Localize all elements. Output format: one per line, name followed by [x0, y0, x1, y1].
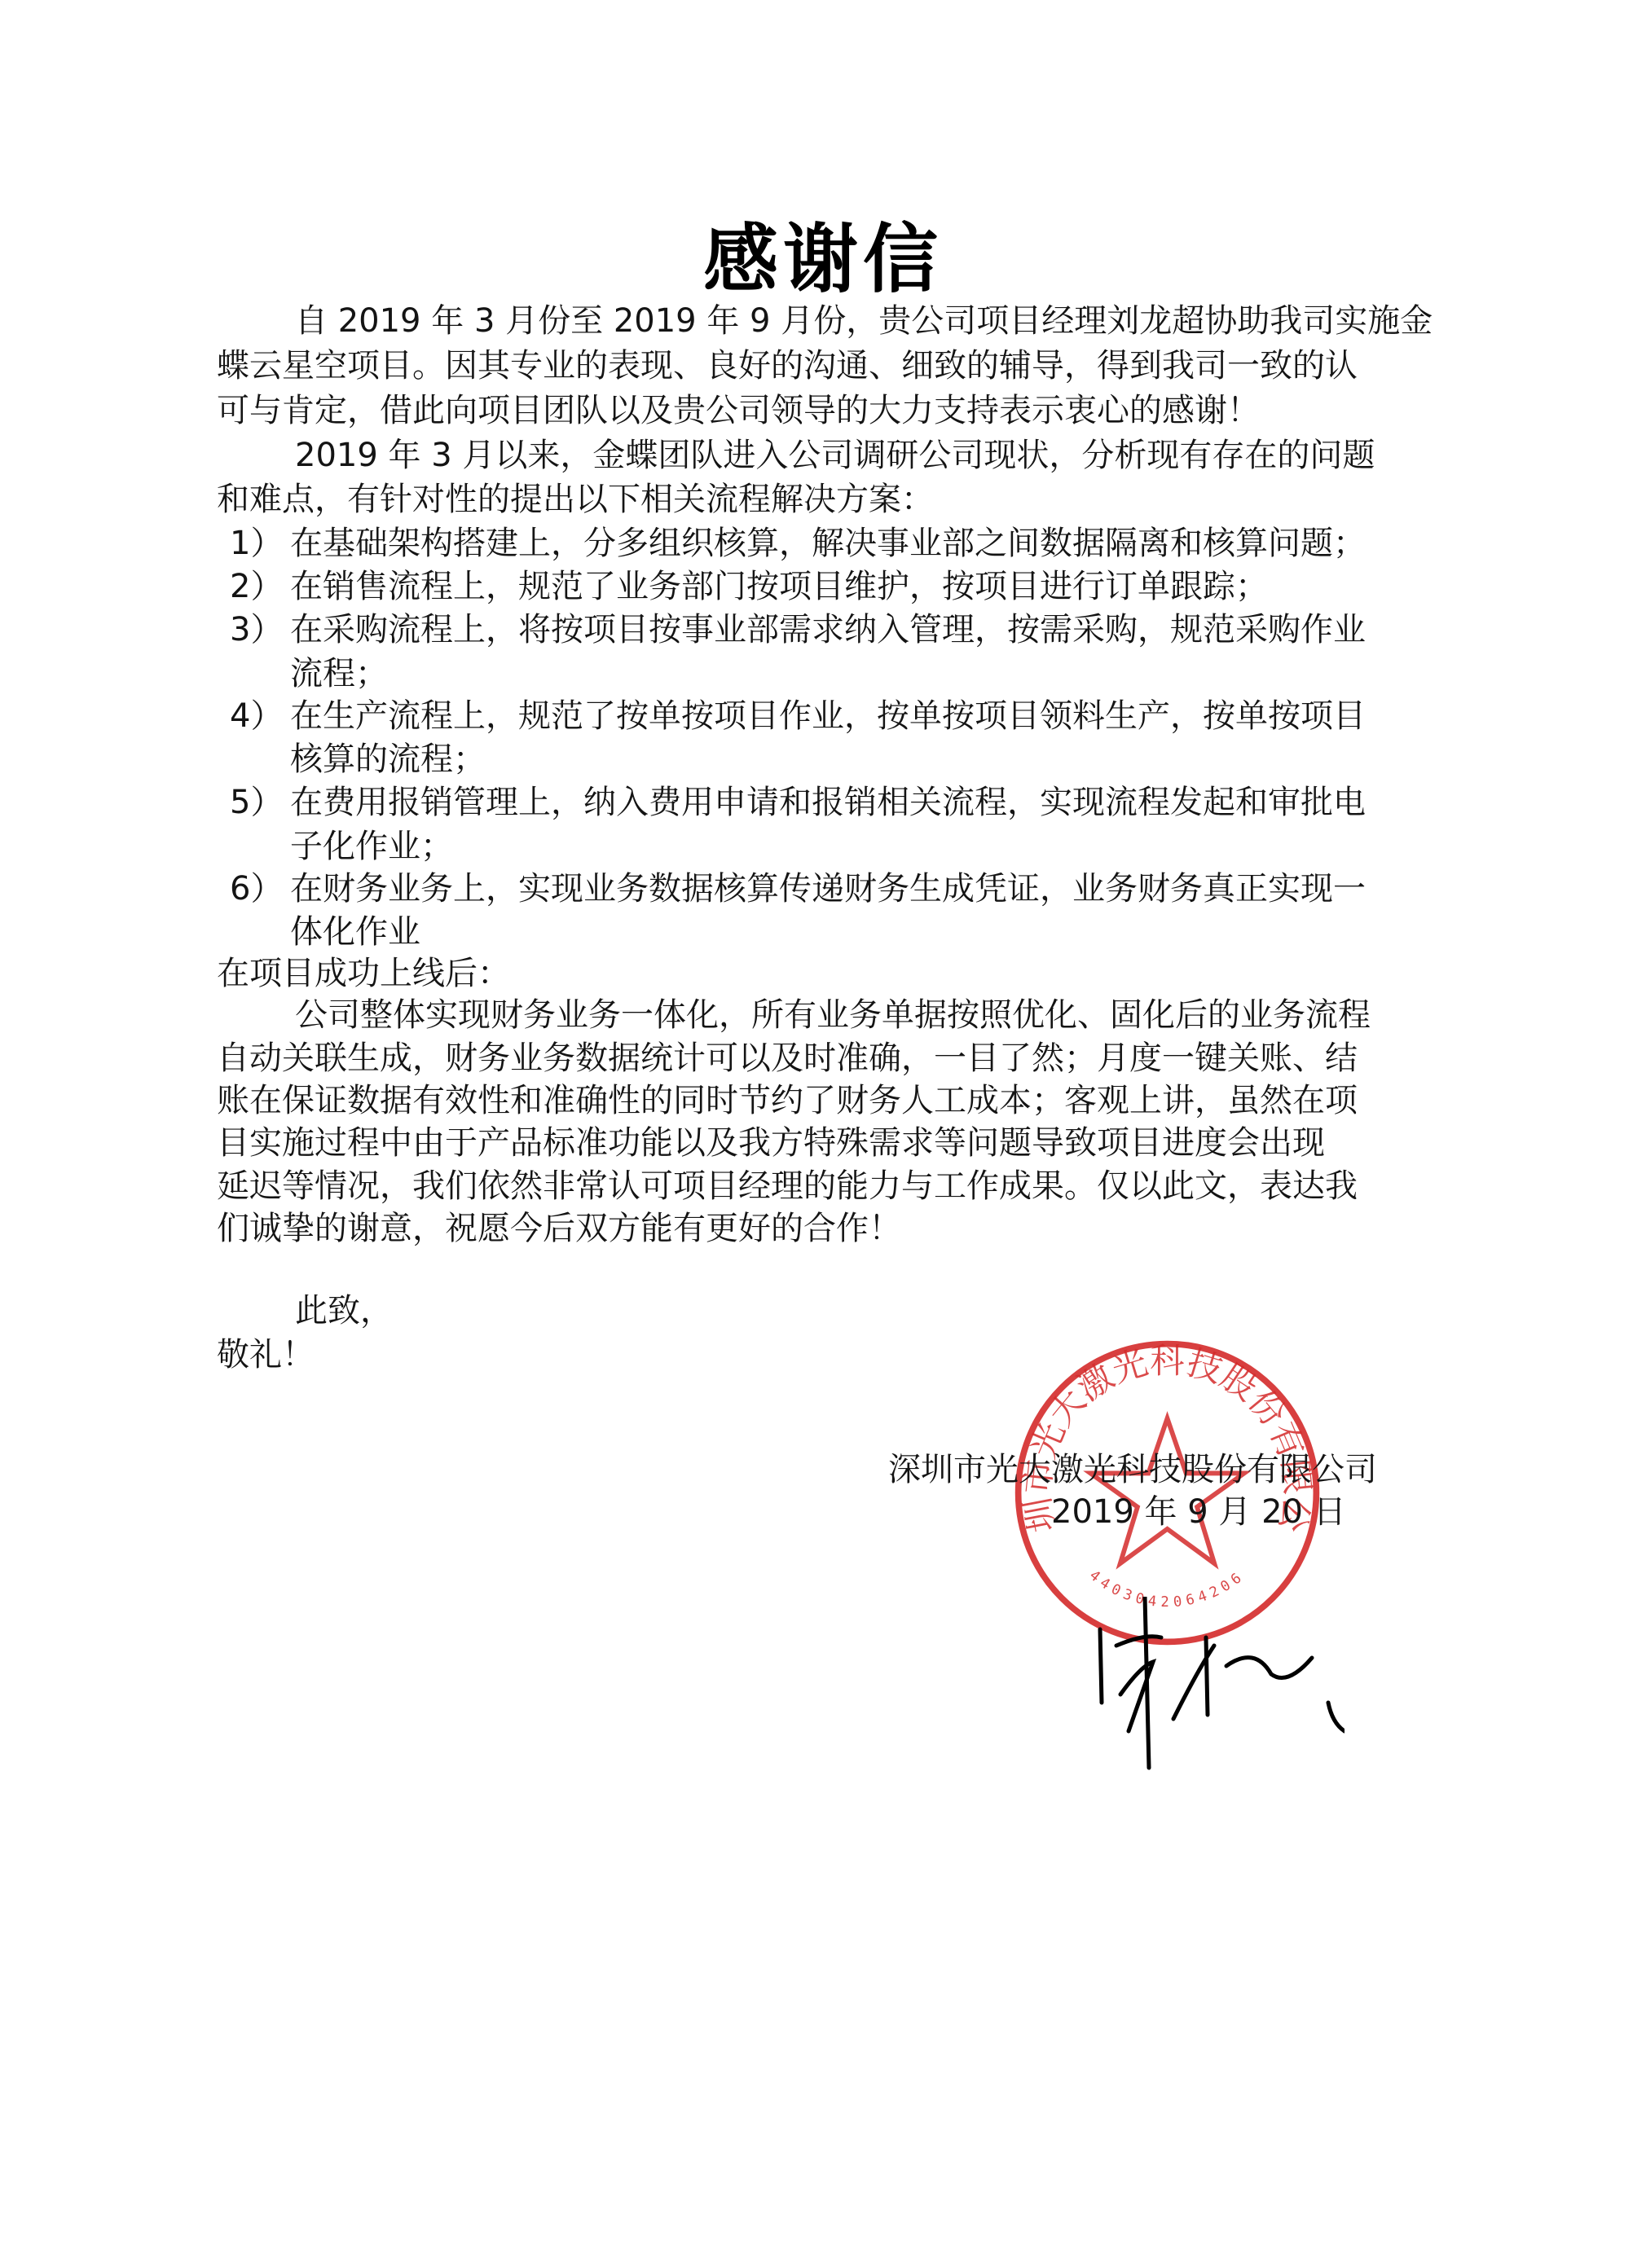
list-item-1-line1: 在基础架构搭建上，分多组织核算，解决事业部之间数据隔离和核算问题；: [290, 521, 1366, 565]
paragraph3-line4: 目实施过程中由于产品标准功能以及我方特殊需求等问题导致项目进度会出现: [217, 1121, 1325, 1165]
paragraph1-line1: 自 2019 年 3 月份至 2019 年 9 月份，贵公司项目经理刘龙超协助我…: [295, 299, 1433, 343]
closing-salutation: 此致，: [295, 1289, 393, 1333]
list-number-1: 1）: [230, 521, 283, 565]
signature-date: 2019 年 9 月 20 日: [1051, 1490, 1346, 1534]
list-item-3-line2: 流程；: [290, 652, 388, 696]
paragraph3-line6: 们诚挚的谢意，祝愿今后双方能有更好的合作！: [217, 1207, 901, 1250]
paragraph2-line2: 和难点，有针对性的提出以下相关流程解决方案：: [217, 477, 934, 521]
list-item-4-line2: 核算的流程；: [290, 737, 486, 781]
paragraph3-line1: 公司整体实现财务业务一体化，所有业务单据按照优化、固化后的业务流程: [295, 993, 1371, 1037]
letter-title: 感谢信: [0, 200, 1646, 307]
list-item-6-line2: 体化作业: [290, 910, 420, 954]
list-number-3: 3）: [230, 608, 283, 652]
list-item-5-line1: 在费用报销管理上，纳入费用申请和报销相关流程，实现流程发起和审批电: [290, 780, 1366, 824]
handwritten-signature-icon: [1084, 1597, 1345, 1784]
paragraph3-line5: 延迟等情况，我们依然非常认可项目经理的能力与工作成果。仅以此文，表达我: [217, 1164, 1358, 1208]
paragraph1-line3: 可与肯定，借此向项目团队以及贵公司领导的大力支持表示衷心的感谢！: [217, 389, 1260, 433]
list-number-6: 6）: [230, 867, 283, 911]
paragraph3-line3: 账在保证数据有效性和准确性的同时节约了财务人工成本；客观上讲，虽然在项: [217, 1079, 1358, 1123]
list-item-6-line1: 在财务业务上，实现业务数据核算传递财务生成凭证，业务财务真正实现一: [290, 867, 1366, 911]
paragraph3-line2: 自动关联生成，财务业务数据统计可以及时准确，一目了然；月度一键关账、结: [217, 1036, 1358, 1080]
paragraph2-line1: 2019 年 3 月以来，金蝶团队进入公司调研公司现状，分析现有存在的问题: [295, 433, 1375, 477]
letter-page: 感谢信 自 2019 年 3 月份至 2019 年 9 月份，贵公司项目经理刘龙…: [0, 0, 1646, 2268]
closing-regards: 敬礼！: [217, 1333, 315, 1377]
paragraph1-line2: 蝶云星空项目。因其专业的表现、良好的沟通、细致的辅导，得到我司一致的认: [217, 344, 1358, 388]
list-number-5: 5）: [230, 780, 283, 824]
list-item-3-line1: 在采购流程上，将按项目按事业部需求纳入管理，按需采购，规范采购作业: [290, 608, 1366, 652]
after-launch-heading: 在项目成功上线后：: [217, 952, 510, 996]
list-item-2-line1: 在销售流程上，规范了业务部门按项目维护，按项目进行订单跟踪；: [290, 565, 1268, 609]
list-number-2: 2）: [230, 565, 283, 609]
list-item-4-line1: 在生产流程上，规范了按单按项目作业，按单按项目领料生产，按单按项目: [290, 694, 1366, 738]
list-item-5-line2: 子化作业；: [290, 824, 453, 868]
signature-company: 深圳市光大激光科技股份有限公司: [888, 1448, 1377, 1492]
list-number-4: 4）: [230, 694, 283, 738]
